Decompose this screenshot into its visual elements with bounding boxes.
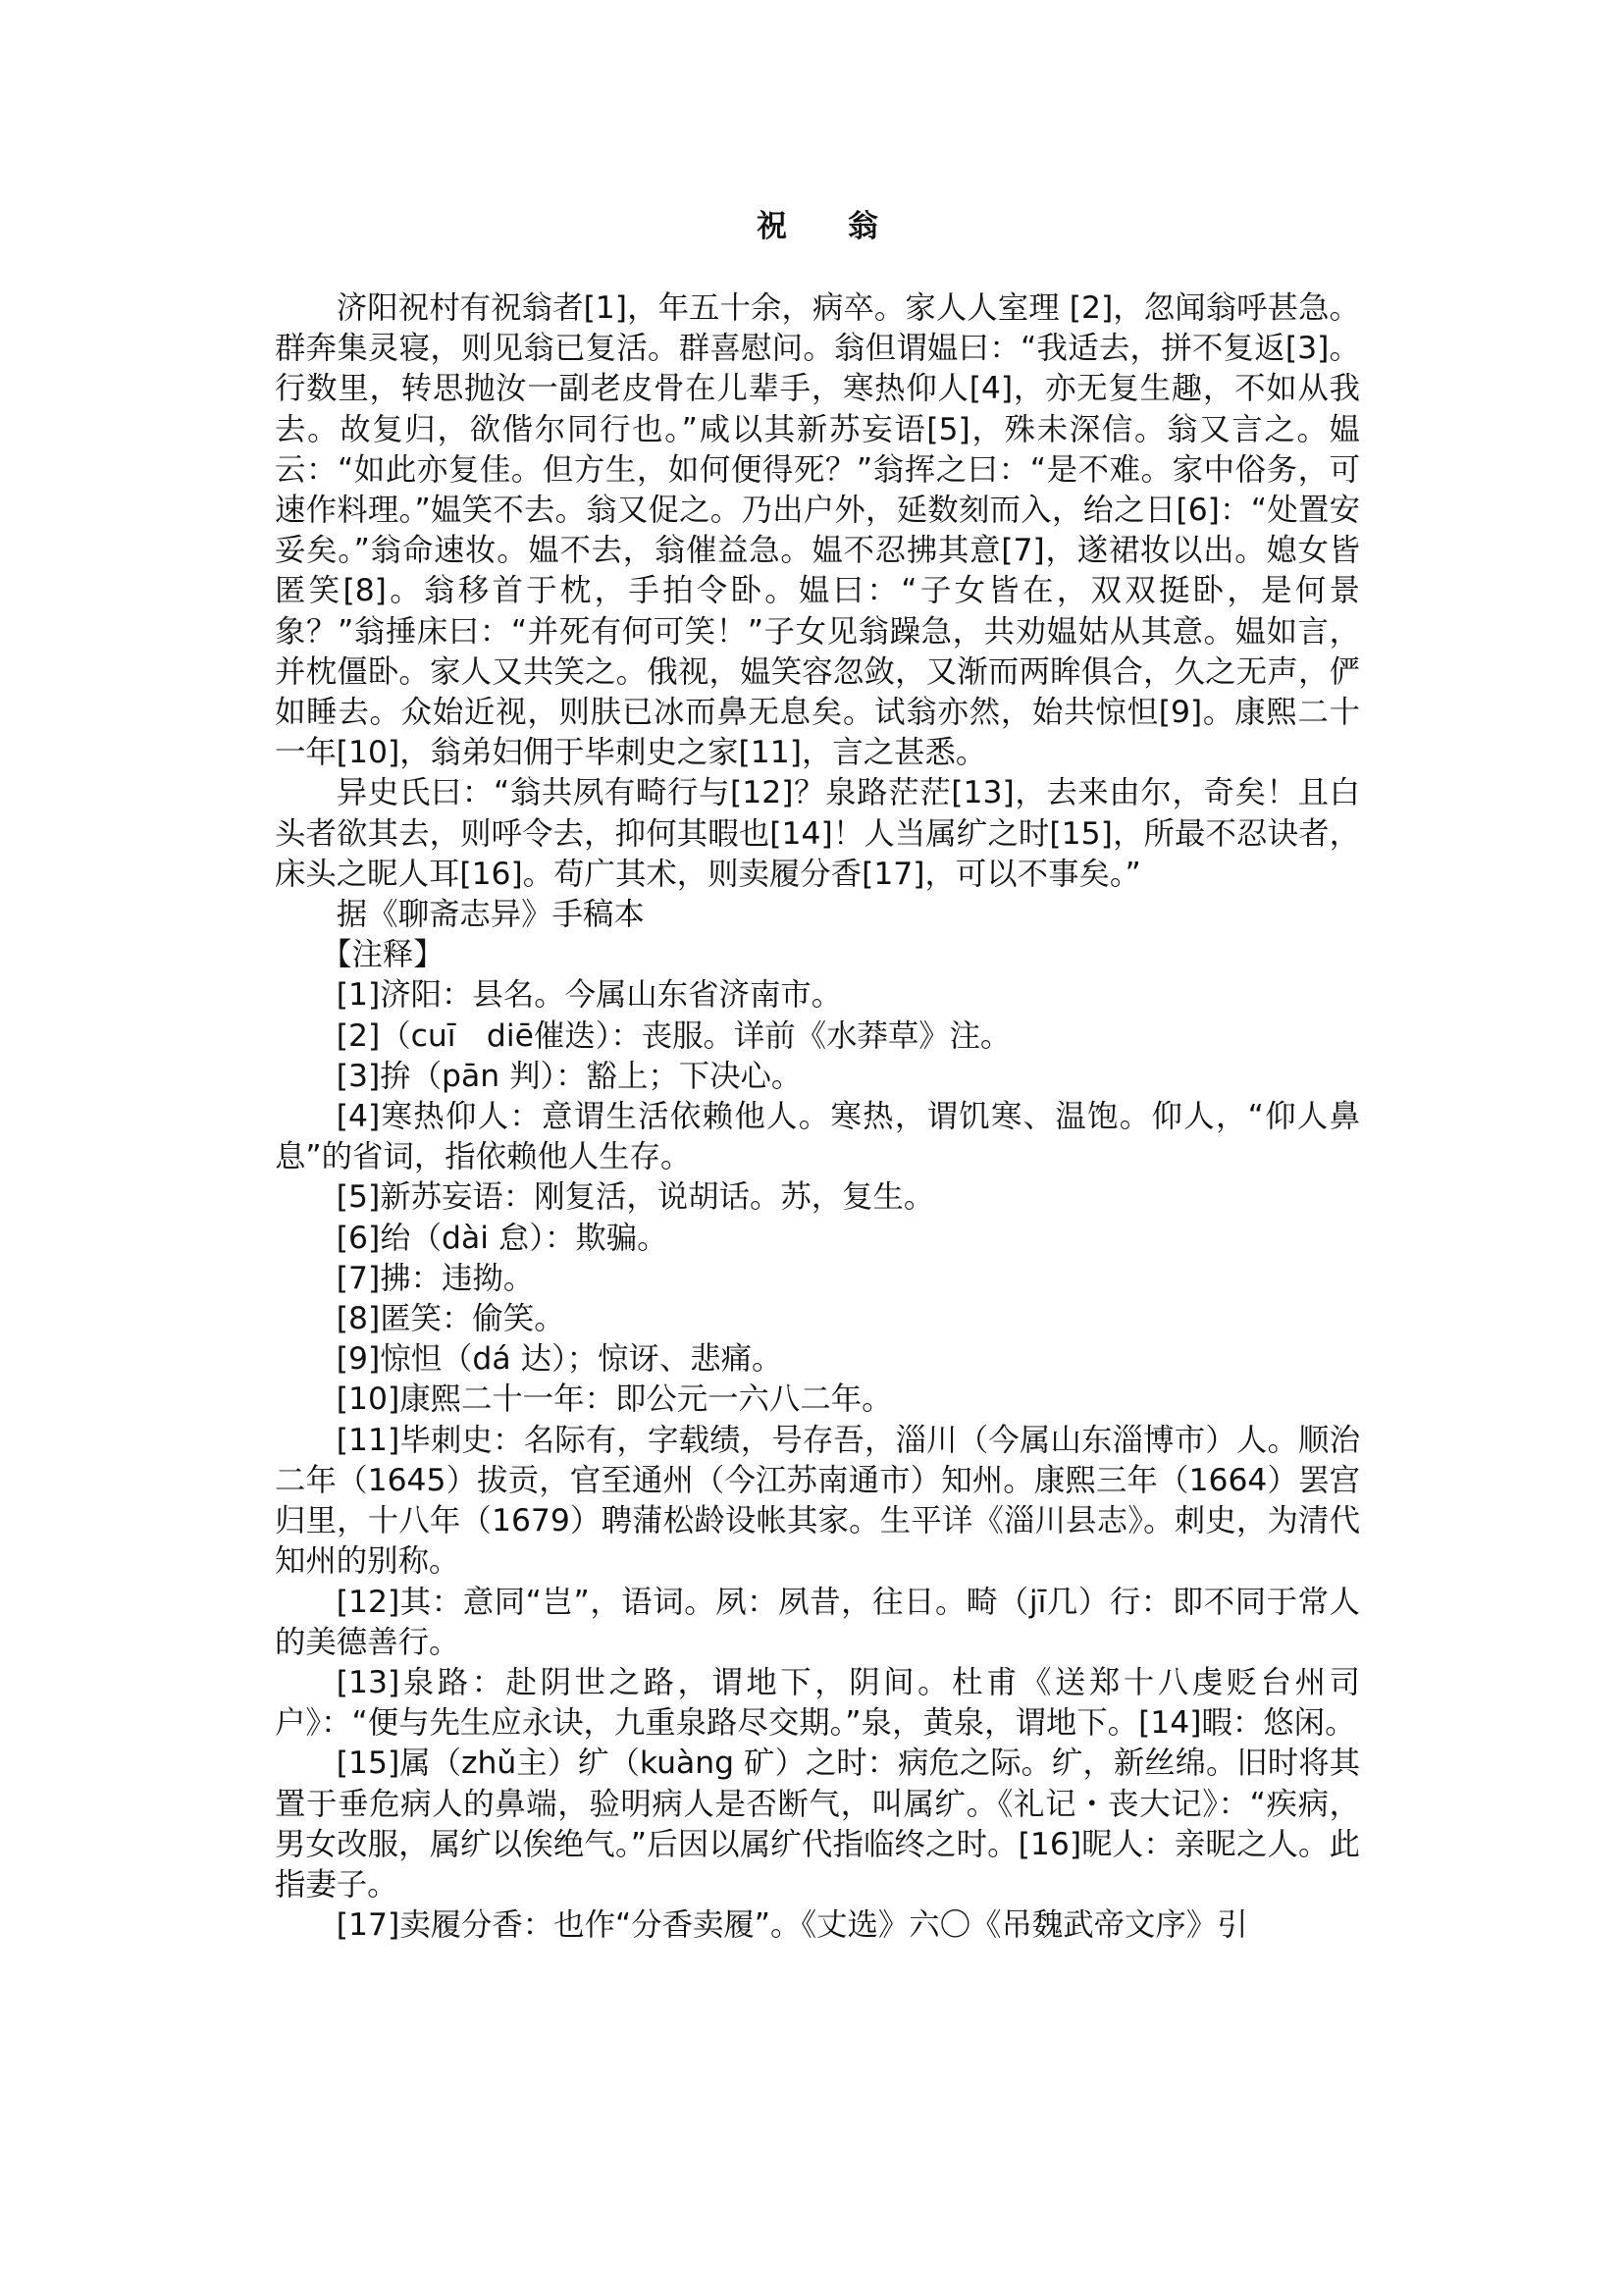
notes-list: [1]济阳：县名。今属山东省济南市。 [2]（cuī diē催迭）：丧服。详前《… xyxy=(275,975,1360,1946)
document-title: 祝 翁 xyxy=(275,201,1360,245)
note-item: [10]康熙二十一年：即公元一六八二年。 xyxy=(275,1380,1360,1420)
note-item: [4]寒热仰人：意谓生活依赖他人。寒热，谓饥寒、温饱。仰人，“仰人鼻息”的省词，… xyxy=(275,1097,1360,1177)
note-item: [3]拚（pān 判）：豁上；下决心。 xyxy=(275,1057,1360,1097)
story-paragraph: 济阳祝村有祝翁者[1]，年五十余，病卒。家人人室理 [2]，忽闻翁呼甚急。群奔集… xyxy=(275,288,1360,773)
document-body: 济阳祝村有祝翁者[1]，年五十余，病卒。家人人室理 [2]，忽闻翁呼甚急。群奔集… xyxy=(275,288,1360,1946)
note-item: [7]拂：违拗。 xyxy=(275,1259,1360,1299)
note-item: [12]其：意同“岂”，语词。夙：夙昔，往日。畸（jī几）行：即不同于常人的美德… xyxy=(275,1583,1360,1663)
note-item: [5]新苏妄语：刚复活，说胡话。苏，复生。 xyxy=(275,1177,1360,1218)
note-item: [15]属（zhǔ主）纩（kuàng 矿）之时：病危之际。纩，新丝绵。旧时将其置… xyxy=(275,1744,1360,1905)
commentary-paragraph: 异史氏曰：“翁共夙有畸行与[12]？泉路茫茫[13]，去来由尔，奇矣！且白头者欲… xyxy=(275,773,1360,895)
note-item: [11]毕刺史：名际有，字载绩，号存吾，淄川（今属山东淄博市）人。顺治二年（16… xyxy=(275,1421,1360,1583)
note-item: [9]惊怛（dá 达）；惊讶、悲痛。 xyxy=(275,1339,1360,1380)
source-line: 据《聊斋志异》手稿本 xyxy=(275,895,1360,935)
note-item: [6]绐（dài 怠）：欺骗。 xyxy=(275,1219,1360,1259)
note-item: [8]匿笑：偷笑。 xyxy=(275,1299,1360,1339)
note-item: [2]（cuī diē催迭）：丧服。详前《水莽草》注。 xyxy=(275,1017,1360,1057)
notes-heading: 【注释】 xyxy=(275,935,1360,975)
note-item: [13]泉路：赴阴世之路，谓地下，阴间。杜甫《送郑十八虔贬台州司户》：“便与先生… xyxy=(275,1663,1360,1744)
note-item: [17]卖履分香：也作“分香卖履”。《丈选》六〇《吊魏武帝文序》引 xyxy=(275,1905,1360,1946)
note-item: [1]济阳：县名。今属山东省济南市。 xyxy=(275,975,1360,1016)
